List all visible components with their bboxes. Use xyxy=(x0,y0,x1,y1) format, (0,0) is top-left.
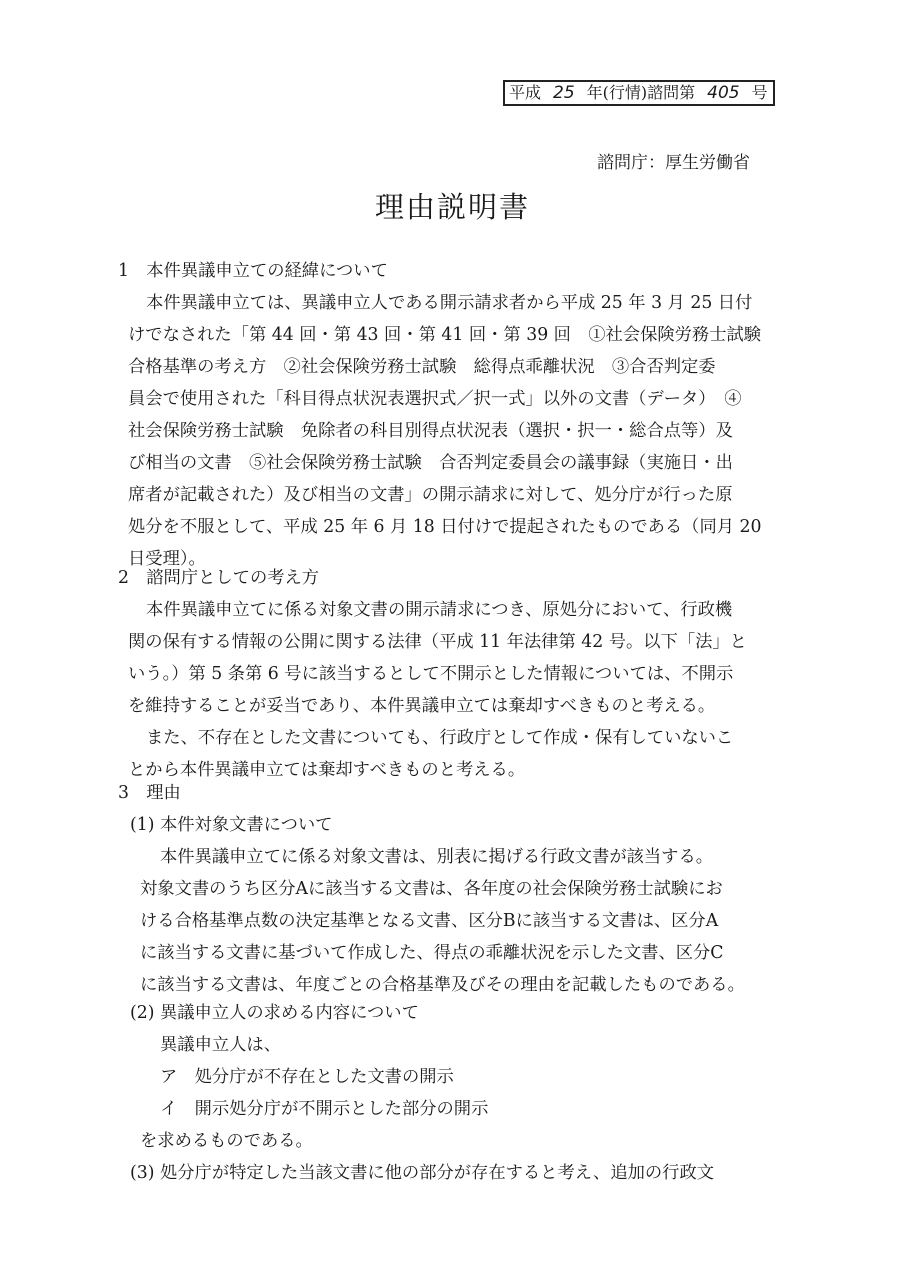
text-line: に該当する文書は、年度ごとの合格基準及びその理由を記載したものである。 xyxy=(140,973,745,997)
text-line: とから本件異議申立ては棄却すべきものと考える。 xyxy=(128,758,525,782)
text-line: 対象文書のうち区分Aに該当する文書は、各年度の社会保険労務士試験にお xyxy=(140,877,723,901)
stamp-era: 平成 xyxy=(509,83,541,102)
text-line: イ 開示処分庁が不開示とした部分の開示 xyxy=(160,1097,488,1121)
stamp-number: 405 xyxy=(707,83,739,103)
consulting-agency: 諮問庁：厚生労働省 xyxy=(597,148,750,173)
text-line: 関の保有する情報の公開に関する法律（平成 11 年法律第 42 号。以下「法」と xyxy=(128,630,747,654)
text-line: を求めるものである。 xyxy=(140,1129,313,1153)
text-line: 本件異議申立てに係る対象文書は、別表に掲げる行政文書が該当する。 xyxy=(160,845,713,869)
text-line: けでなされた「第 44 回・第 43 回・第 41 回・第 39 回 ①社会保険… xyxy=(128,323,761,347)
text-line: また、不存在とした文書についても、行政庁として作成・保有していないこ xyxy=(146,726,733,750)
text-line: 処分を不服として、平成 25 年 6 月 18 日付けで提起されたものである（同… xyxy=(128,515,762,539)
text-line: 2 諮問庁としての考え方 xyxy=(118,566,319,590)
text-line: 合格基準の考え方 ②社会保険労務士試験 総得点乖離状況 ③合否判定委 xyxy=(128,355,716,379)
stamp-year: 25 xyxy=(553,83,575,103)
stamp-suffix: 号 xyxy=(752,83,768,102)
case-number-stamp: 平成25年(行情)諮問第405号 xyxy=(503,80,775,106)
text-line: ア 処分庁が不存在とした文書の開示 xyxy=(160,1065,454,1089)
text-line: 本件異議申立ては、異議申立人である開示請求者から平成 25 年 3 月 25 日… xyxy=(146,291,752,315)
text-line: 席者が記載された）及び相当の文書」の開示請求に対して、処分庁が行った原 xyxy=(128,483,733,507)
text-line: 異議申立人は、 xyxy=(160,1033,281,1057)
text-line: いう。）第 5 条第 6 号に該当するとして不開示とした情報については、不開示 xyxy=(128,662,733,686)
text-line: 1 本件異議申立ての経緯について xyxy=(118,259,388,283)
text-line: び相当の文書 ⑤社会保険労務士試験 合否判定委員会の議事録（実施日・出 xyxy=(128,451,733,475)
text-line: (3) 処分庁が特定した当該文書に他の部分が存在すると考え、追加の行政文 xyxy=(130,1161,714,1185)
text-line: に該当する文書に基づいて作成した、得点の乖離状況を示した文書、区分C xyxy=(140,941,724,965)
text-line: 社会保険労務士試験 免除者の科目別得点状況表（選択・択一・総合点等）及 xyxy=(128,419,733,443)
text-line: (1) 本件対象文書について xyxy=(130,813,332,837)
text-line: 員会で使用された「科目得点状況表選択式／択一式」以外の文書（データ） ④ xyxy=(128,387,741,411)
text-line: 本件異議申立てに係る対象文書の開示請求につき、原処分において、行政機 xyxy=(146,598,732,622)
document-title: 理由説明書 xyxy=(0,185,905,226)
text-line: を維持することが妥当であり、本件異議申立ては棄却すべきものと考える。 xyxy=(128,694,715,718)
stamp-mid: 年(行情)諮問第 xyxy=(587,83,696,102)
text-line: (2) 異議申立人の求める内容について xyxy=(130,1001,419,1025)
text-line: ける合格基準点数の決定基準となる文書、区分Bに該当する文書は、区分A xyxy=(140,909,718,933)
text-line: 3 理由 xyxy=(118,781,181,805)
